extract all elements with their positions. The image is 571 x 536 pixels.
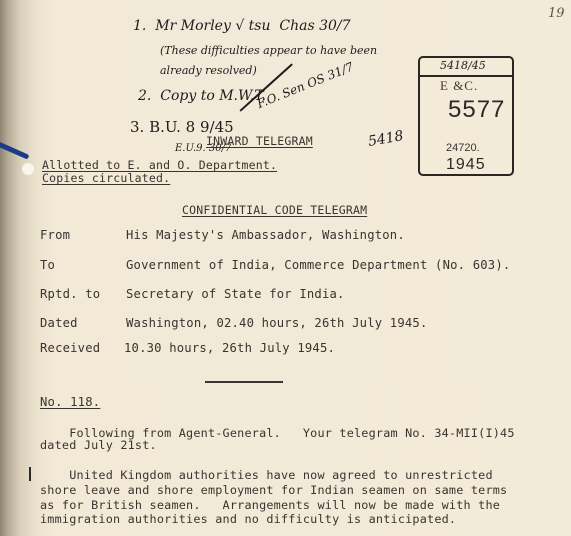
separator-rule bbox=[205, 381, 283, 383]
punch-hole bbox=[22, 163, 34, 175]
note-line-3: already resolved) bbox=[160, 64, 257, 77]
note-line-4-annotation: F.O. Sen OS 31/7 bbox=[255, 60, 355, 111]
field-label-received: Received bbox=[40, 341, 100, 355]
document-page: 19 1. Mr Morley √ tsu Chas 30/7 (These d… bbox=[0, 0, 571, 536]
telegram-type: INWARD TELEGRAM bbox=[206, 134, 313, 148]
paragraph-2-line-3: as for British seamen. Arrangements will… bbox=[40, 498, 500, 512]
field-label-dated: Dated bbox=[40, 316, 78, 330]
field-value-rptd: Secretary of State for India. bbox=[126, 287, 345, 301]
field-value-received: 10.30 hours, 26th July 1945. bbox=[124, 341, 335, 355]
paragraph-2-line-2: shore leave and shore employment for Ind… bbox=[40, 483, 507, 497]
registry-stamp: 5418/45 E &C. 5577 24720. 1945 bbox=[418, 56, 514, 176]
margin-reference-number: 5418 bbox=[367, 128, 405, 150]
margin-mark bbox=[29, 467, 31, 481]
note-line-4: 2. Copy to M.W.T. bbox=[138, 88, 266, 104]
paragraph-2-line-1: United Kingdom authorities have now agre… bbox=[40, 468, 493, 482]
binding-thread bbox=[0, 141, 30, 159]
field-value-to: Government of India, Commerce Department… bbox=[126, 258, 510, 272]
stamp-year: 1945 bbox=[446, 156, 486, 174]
field-value-dated: Washington, 02.40 hours, 26th July 1945. bbox=[126, 316, 428, 330]
paragraph-2-line-4: immigration authorities and no difficult… bbox=[40, 512, 456, 526]
stamp-department: E &C. bbox=[440, 78, 478, 94]
note-line-2: (These difficulties appear to have been bbox=[160, 44, 377, 57]
stamp-date: 24720. bbox=[446, 142, 480, 154]
telegram-number: No. 118. bbox=[40, 395, 100, 409]
circulated-line: Copies circulated. bbox=[42, 171, 170, 185]
allotted-line: Allotted to E. and O. Department. bbox=[42, 158, 277, 172]
field-label-to: To bbox=[40, 258, 55, 272]
field-label-rptd: Rptd. to bbox=[40, 287, 100, 301]
stamp-divider bbox=[420, 75, 512, 77]
telegram-title: CONFIDENTIAL CODE TELEGRAM bbox=[182, 203, 367, 217]
note-line-1: 1. Mr Morley √ tsu Chas 30/7 bbox=[133, 18, 351, 34]
paragraph-1-line-2: dated July 21st. bbox=[40, 438, 157, 452]
stamp-reference: 5418/45 bbox=[440, 59, 486, 72]
field-value-from: His Majesty's Ambassador, Washington. bbox=[126, 228, 405, 242]
field-label-from: From bbox=[40, 228, 70, 242]
page-number: 19 bbox=[548, 6, 565, 21]
stamp-number: 5577 bbox=[448, 96, 505, 124]
